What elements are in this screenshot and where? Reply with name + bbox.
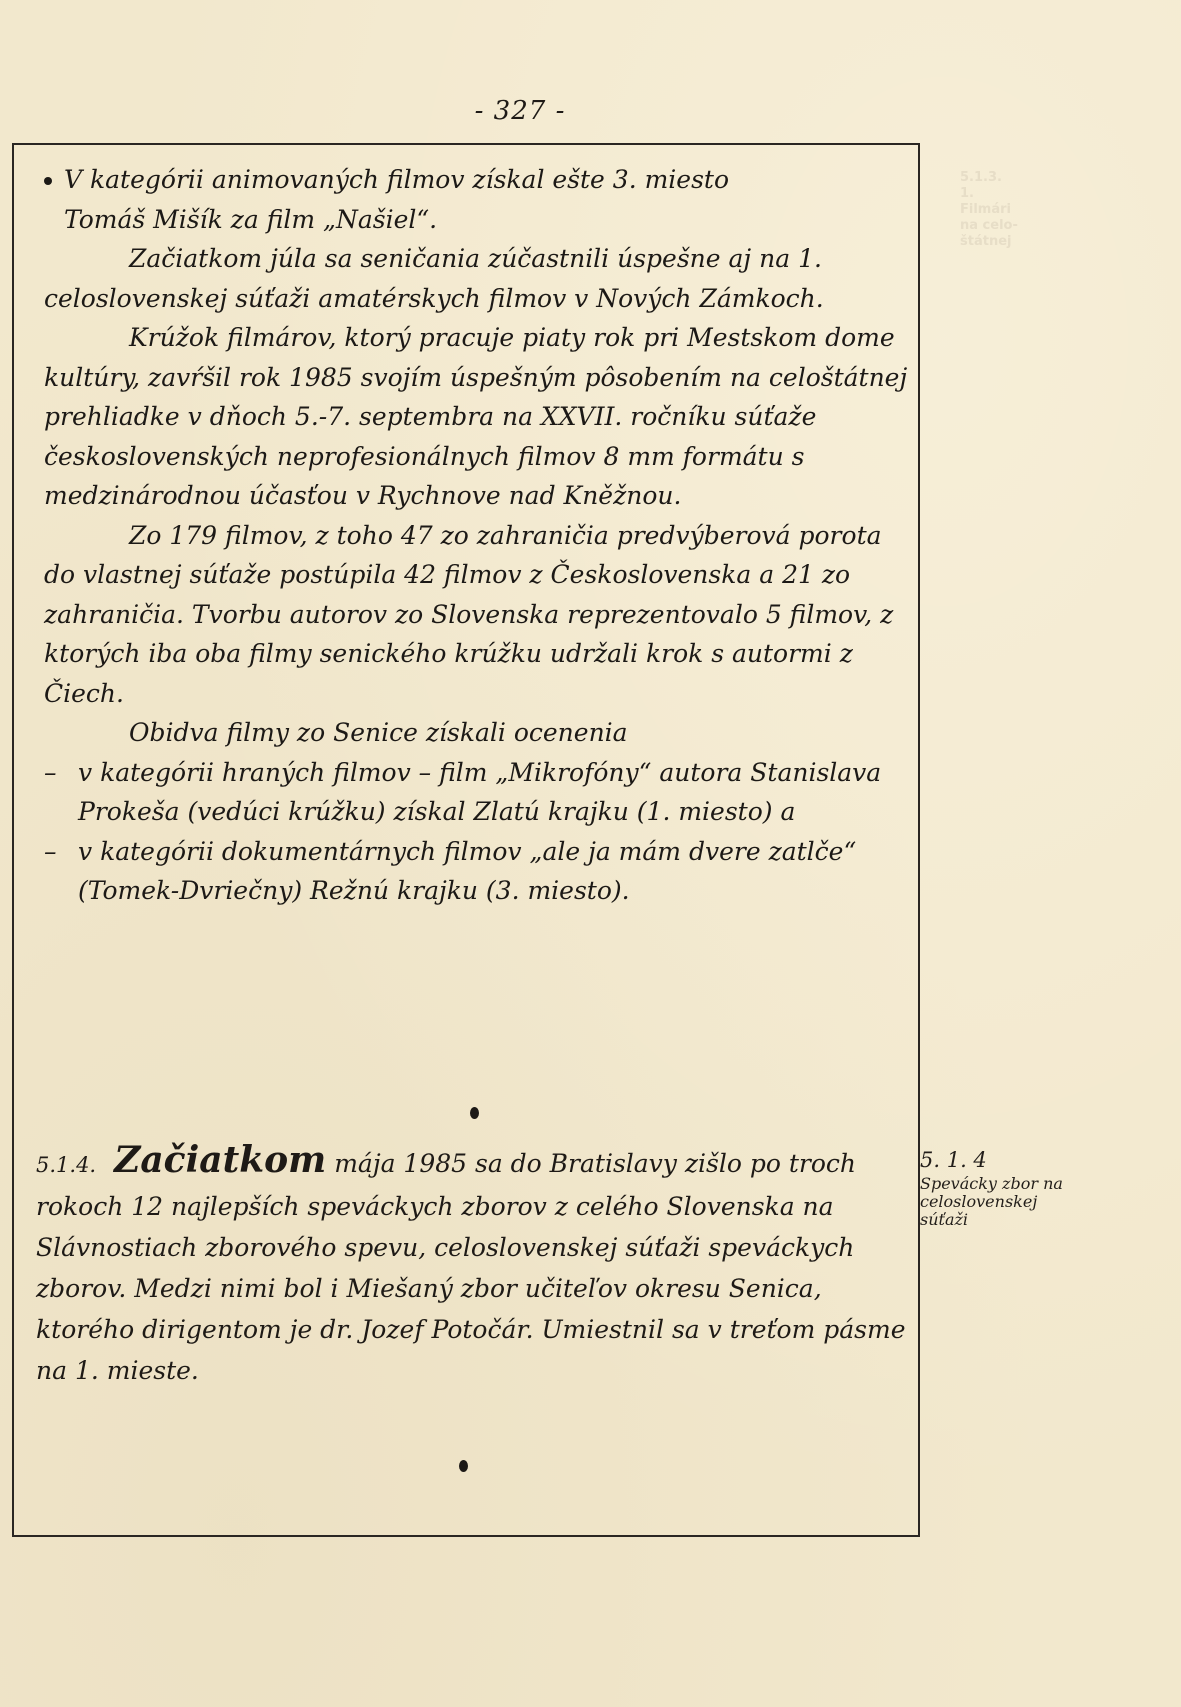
award-item: – v kategórii dokumentárnych filmov „ale… [44,832,914,911]
dash-marker: – [44,832,57,872]
end-dot-icon [459,1460,468,1472]
margin-note: 5. 1. 4 Spevácky zbor na celoslovenskej … [920,1145,1080,1229]
paragraph-line: Tomáš Mišík za film „Našiel“. [64,205,437,234]
paragraph-awards-intro: Obidva filmy zo Senice získali ocenenia [44,713,914,753]
award-item: – v kategórii hraných filmov – film „Mik… [44,753,914,832]
section-first-word: Začiatkom [114,1139,326,1181]
bleed-through-text: 5.1.3. 1. Filmári na celo- štátnej [960,170,1110,250]
paragraph-film-club: Krúžok filmárov, ktorý pracuje piaty rok… [44,318,914,516]
paragraph-animated-films: V kategórii animovaných filmov získal eš… [44,160,914,239]
bullet-dot-icon [44,177,52,185]
paragraph-competition-stats: Zo 179 filmov, z toho 47 zo zahraničia p… [44,516,914,714]
section-text: mája 1985 sa do Bratislavy zišlo po troc… [36,1149,906,1385]
award-text: v kategórii dokumentárnych filmov „ale j… [78,837,856,906]
award-text: v kategórii hraných filmov – film „Mikro… [78,758,881,827]
paragraph-nove-zamky: Začiatkom júla sa seničania zúčastnili ú… [44,239,914,318]
margin-note-number: 5. 1. 4 [920,1145,1080,1175]
handwritten-chronicle-page: 5.1.3. 1. Filmári na celo- štátnej - 327… [0,0,1181,1707]
paragraph-line: V kategórii animovaných filmov získal eš… [64,165,729,194]
section-number: 5.1.4. [36,1145,96,1186]
separator-dot-icon [470,1107,479,1119]
section-5-1-4: 5.1.4. Začiatkom mája 1985 sa do Bratisl… [36,1140,916,1391]
margin-note-text: Spevácky zbor na celoslovenskej súťaži [920,1174,1063,1229]
dash-marker: – [44,753,57,793]
main-text-block: V kategórii animovaných filmov získal eš… [44,160,914,911]
page-number: - 327 - [460,96,580,126]
